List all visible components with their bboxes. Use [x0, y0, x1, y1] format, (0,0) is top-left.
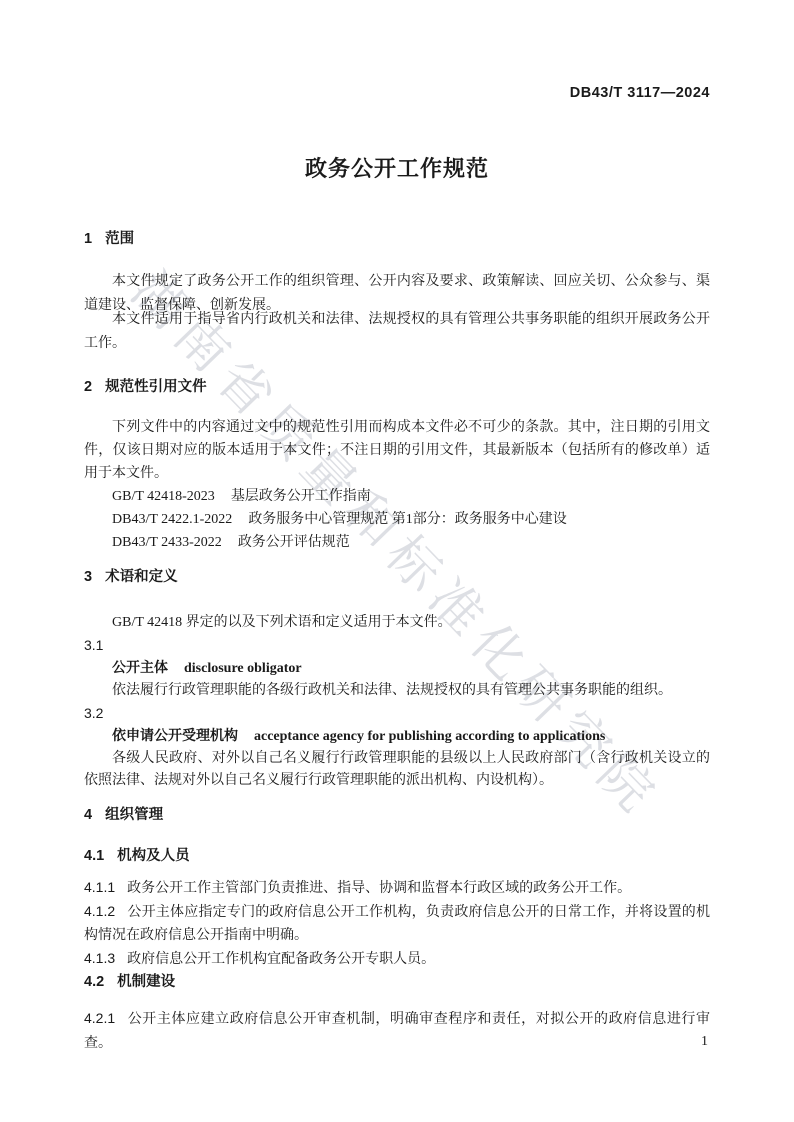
term-2-title: 依申请公开受理机构acceptance agency for publishin… — [84, 724, 710, 748]
reference-title: 政务公开评估规范 — [238, 535, 350, 550]
section-4-2-number: 4.2 — [84, 973, 104, 991]
section-4-2-heading: 4.2机制建设 — [84, 973, 710, 991]
reference-title: 基层政务公开工作指南 — [231, 489, 371, 504]
term-2-definition: 各级人民政府、对外以自己名义履行行政管理职能的县级以上人民政府部门（含行政机关设… — [84, 748, 710, 792]
reference-title: 政务服务中心管理规范 第1部分：政务服务中心建设 — [248, 512, 567, 527]
reference-code: GB/T 42418-2023 — [112, 489, 215, 504]
section-2-label: 规范性引用文件 — [105, 379, 207, 395]
clause-number: 4.2.1 — [84, 1010, 115, 1026]
clause-text: 政府信息公开工作机构宜配备政务公开专职人员。 — [127, 952, 435, 967]
section-1-heading: 1范围 — [84, 230, 710, 248]
section-4-1-number: 4.1 — [84, 847, 104, 865]
reference-item: DB43/T 2422.1-2022政务服务中心管理规范 第1部分：政务服务中心… — [84, 508, 710, 531]
section-3-heading: 3术语和定义 — [84, 568, 710, 586]
references-intro: 下列文件中的内容通过文中的规范性引用而构成本文件必不可少的条款。其中，注日期的引… — [84, 416, 710, 485]
scope-paragraph-2: 本文件适用于指导省内行政机关和法律、法规授权的具有管理公共事务职能的组织开展政务… — [84, 308, 710, 356]
scope-paragraph-2-block: 本文件适用于指导省内行政机关和法律、法规授权的具有管理公共事务职能的组织开展政务… — [84, 308, 710, 356]
section-4-number: 4 — [84, 806, 92, 824]
page-number: 1 — [84, 1034, 708, 1050]
section-4-2-label: 机制建设 — [117, 974, 175, 990]
term-2-chinese: 依申请公开受理机构 — [112, 727, 238, 743]
clause: 4.1.3政府信息公开工作机构宜配备政务公开专职人员。 — [84, 947, 710, 971]
page-title: 政务公开工作规范 — [84, 152, 710, 183]
term-1-title: 公开主体disclosure obligator — [84, 656, 710, 680]
clause-number: 4.1.1 — [84, 879, 115, 895]
document-page: 湖南省质量和标准化研究院 DB43/T 3117—2024 政务公开工作规范 1… — [0, 0, 794, 1122]
section-4-heading: 4组织管理 — [84, 806, 710, 824]
section-4-1-heading: 4.1机构及人员 — [84, 847, 710, 865]
clause-text: 政务公开工作主管部门负责推进、指导、协调和监督本行政区域的政务公开工作。 — [127, 881, 631, 896]
normative-references-block: 下列文件中的内容通过文中的规范性引用而构成本文件必不可少的条款。其中，注日期的引… — [84, 416, 710, 554]
term-2-number: 3.2 — [84, 702, 710, 724]
section-4-label: 组织管理 — [105, 807, 163, 823]
terms-intro: GB/T 42418 界定的以及下列术语和定义适用于本文件。 — [84, 612, 710, 634]
section-2-number: 2 — [84, 378, 92, 396]
reference-item: GB/T 42418-2023基层政务公开工作指南 — [84, 485, 710, 508]
clause: 4.1.1政务公开工作主管部门负责推进、指导、协调和监督本行政区域的政务公开工作… — [84, 876, 710, 900]
section-1-number: 1 — [84, 230, 92, 248]
term-1-definition: 依法履行行政管理职能的各级行政机关和法律、法规授权的具有管理公共事务职能的组织。 — [84, 680, 710, 702]
reference-code: DB43/T 2422.1-2022 — [112, 512, 232, 527]
reference-item: DB43/T 2433-2022政务公开评估规范 — [84, 531, 710, 554]
term-2-english: acceptance agency for publishing accordi… — [254, 729, 605, 744]
section-4-1-label: 机构及人员 — [117, 848, 190, 864]
clause-number: 4.1.2 — [84, 903, 115, 919]
standard-code: DB43/T 3117—2024 — [84, 85, 710, 101]
term-1-number: 3.1 — [84, 634, 710, 656]
terms-definitions-block: GB/T 42418 界定的以及下列术语和定义适用于本文件。 3.1 公开主体d… — [84, 612, 710, 792]
clause-number: 4.1.3 — [84, 950, 115, 966]
term-1-english: disclosure obligator — [184, 661, 302, 676]
term-1-chinese: 公开主体 — [112, 659, 168, 675]
section-3-number: 3 — [84, 568, 92, 586]
section-2-heading: 2规范性引用文件 — [84, 378, 710, 396]
staff-clauses-block: 4.1.1政务公开工作主管部门负责推进、指导、协调和监督本行政区域的政务公开工作… — [84, 876, 710, 971]
section-3-label: 术语和定义 — [105, 569, 178, 585]
reference-code: DB43/T 2433-2022 — [112, 535, 222, 550]
clause-text: 公开主体应指定专门的政府信息公开工作机构，负责政府信息公开的日常工作，并将设置的… — [84, 905, 710, 943]
section-1-label: 范围 — [105, 231, 134, 247]
clause: 4.1.2公开主体应指定专门的政府信息公开工作机构，负责政府信息公开的日常工作，… — [84, 900, 710, 947]
